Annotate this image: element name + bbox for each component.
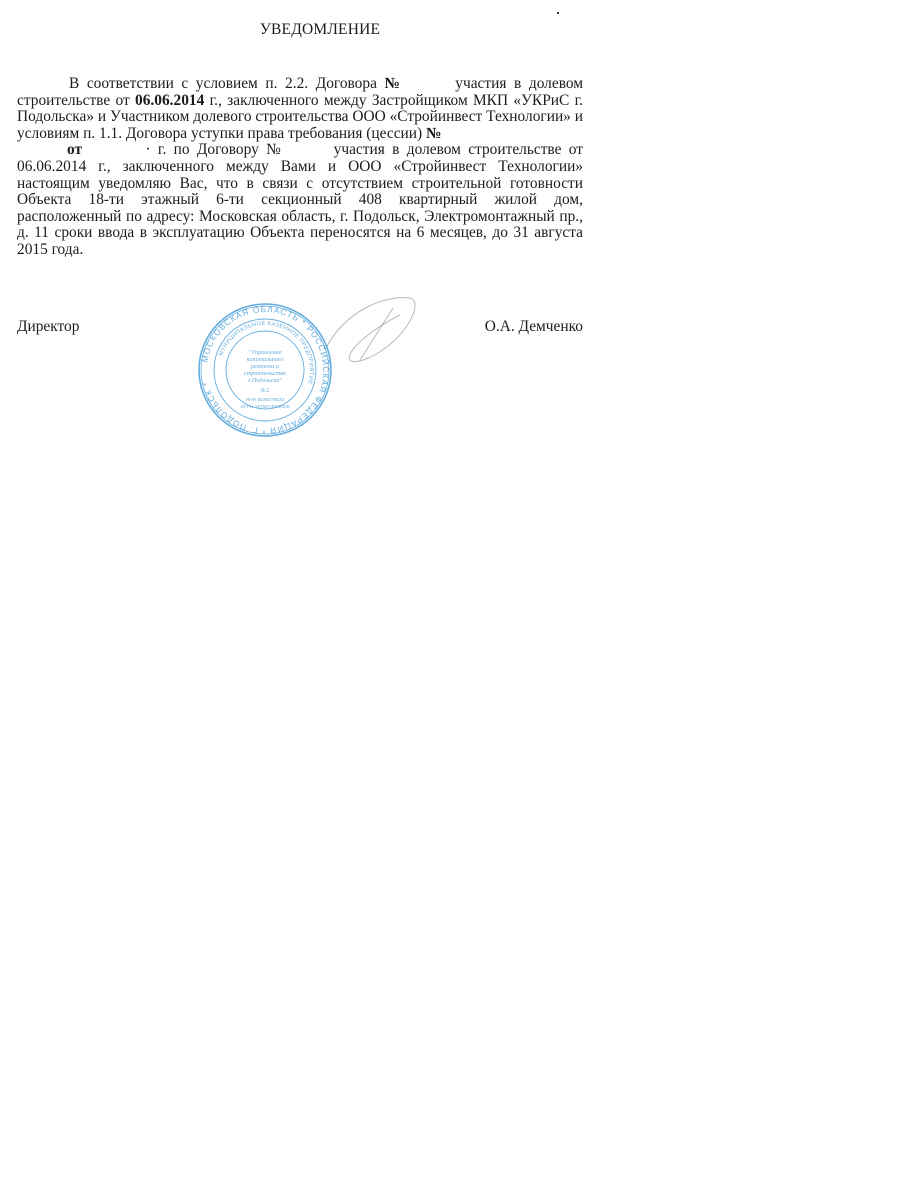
- document-page: УВЕДОМЛЕНИЕ В соответствии с условием п.…: [0, 0, 913, 1200]
- official-stamp: МОСКОВСКАЯ ОБЛАСТЬ * РОССИЙСКАЯ ФЕДЕРАЦИ…: [197, 302, 333, 438]
- contract-date: 06.06.2014: [135, 92, 204, 109]
- cession-from-label: от: [67, 141, 82, 158]
- stamp-center-line: строительства: [244, 370, 286, 377]
- text-segment: В соответствии с условием п. 2.2. Догово…: [69, 75, 385, 92]
- signatory-name: О.А. Демченко: [485, 318, 583, 336]
- stamp-center-line: ремонта и: [250, 363, 279, 370]
- document-title: УВЕДОМЛЕНИЕ: [0, 21, 640, 39]
- stamp-center-line: капитального: [247, 356, 284, 363]
- notice-paragraph: В соответствии с условием п. 2.2. Догово…: [17, 76, 583, 259]
- text-segment: · г. по Договору: [138, 141, 266, 158]
- stamp-center-line: г.Подольска": [248, 377, 283, 384]
- stamp-ogrn: ОГРН 1075074002408: [240, 404, 289, 410]
- document-body: В соответствии с условием п. 2.2. Догово…: [17, 76, 583, 259]
- stamp-center-line: "Управление: [248, 349, 281, 356]
- text-segment: участия в долевом строительстве от 06.06…: [17, 141, 583, 258]
- scan-speck: [557, 12, 559, 14]
- signatory-position: Директор: [17, 318, 79, 336]
- stamp-number: №2: [261, 387, 270, 394]
- contract-number-sign: №: [385, 75, 404, 92]
- stamp-inn: ИНН 5036079533: [246, 397, 285, 403]
- cession-number-sign: №: [426, 125, 441, 142]
- agreement-number-sign: №: [266, 141, 284, 158]
